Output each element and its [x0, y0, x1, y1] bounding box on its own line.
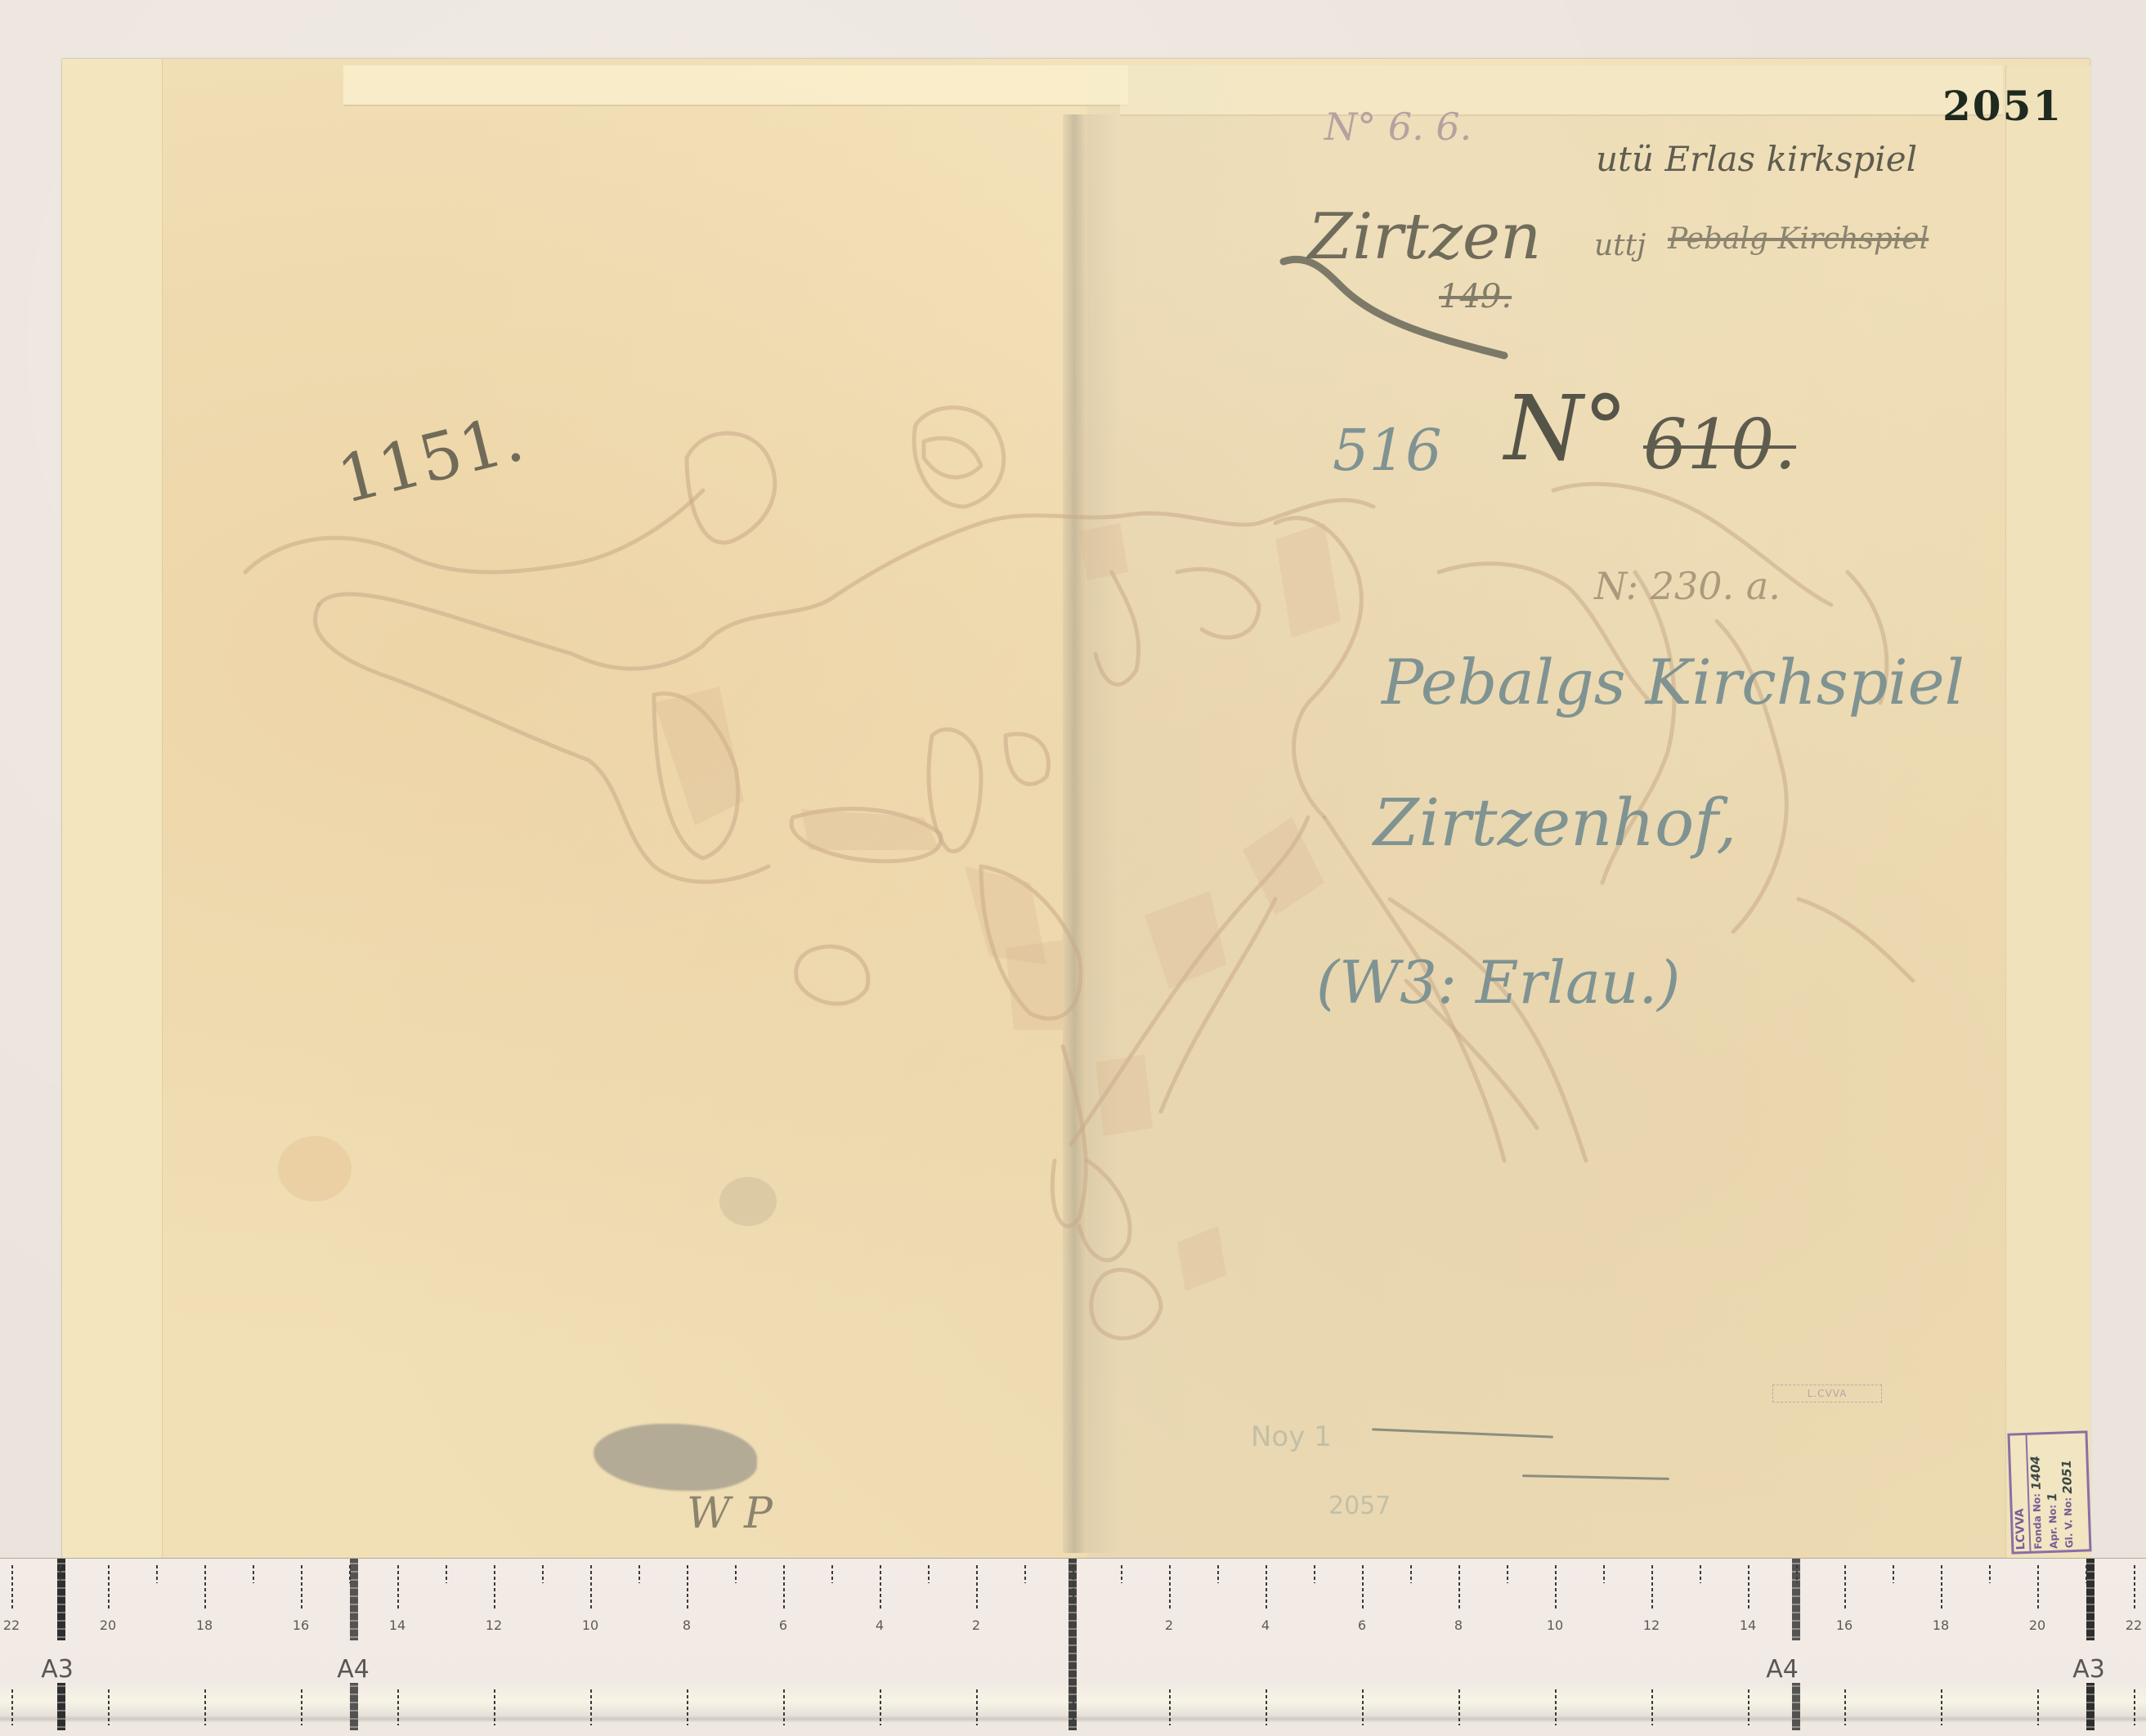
annotation-line-erlas-parish: utü Erlas kirkspiel	[1596, 139, 1917, 179]
ruler-label: 4	[876, 1617, 884, 1633]
ruler-label: 14	[389, 1617, 405, 1633]
ruler-label: 4	[1261, 1617, 1270, 1633]
ruler-tick	[1507, 1565, 1508, 1583]
ruler-tick	[1603, 1565, 1605, 1583]
ruler-label: 8	[1454, 1617, 1463, 1633]
ruler-tick-bottom	[2134, 1689, 2135, 1725]
ruler-tick	[1700, 1565, 1701, 1583]
ruler-label: 6	[779, 1617, 787, 1633]
ruler-tick-bottom	[1941, 1689, 1942, 1725]
ruler-tick	[1941, 1565, 1942, 1609]
ruler-label: 16	[293, 1617, 309, 1633]
ruler-label: 2	[1165, 1617, 1173, 1633]
ruler-tick	[1024, 1565, 1026, 1583]
ruler-tick-bottom	[590, 1689, 592, 1725]
ruler-label: 22	[2126, 1617, 2142, 1633]
ruler-label: 20	[100, 1617, 116, 1633]
ruler-tick	[1989, 1565, 1991, 1583]
size-label-a3-right: A3	[2072, 1655, 2105, 1684]
ruler-label: 10	[582, 1617, 598, 1633]
ruler-tick	[687, 1565, 688, 1609]
ruler-tick-bottom	[1844, 1689, 1846, 1725]
ruler-tick-bottom	[1651, 1689, 1653, 1725]
annotation-pebalgs-kirchspiel: Pebalgs Kirchspiel	[1382, 646, 1965, 718]
ruler-label: 18	[1933, 1617, 1949, 1633]
ruler-tick-bottom	[1748, 1689, 1750, 1725]
stamp-inventory-value: 1	[2045, 1492, 2059, 1501]
ruler-tick	[253, 1565, 254, 1583]
stamp-fonds-value: 1404	[2027, 1456, 2043, 1490]
annotation-erlau-note: (W3: Erlau.)	[1316, 948, 1680, 1017]
annotation-uttj: uttj	[1594, 229, 1646, 262]
ruler-tick	[1073, 1565, 1074, 1609]
ruler-label: 14	[1740, 1617, 1756, 1633]
ruler-tick	[1217, 1565, 1219, 1583]
annotation-n-230: N: 230. a.	[1594, 564, 1781, 608]
ruler-label: 12	[1643, 1617, 1660, 1633]
ruler-tick-bottom	[1362, 1689, 1364, 1725]
ruler-tick	[1796, 1565, 1798, 1583]
stamp-item: Gl. V. No: 2051	[2059, 1434, 2078, 1550]
ruler-tick-bottom	[397, 1689, 399, 1725]
ruler-tick	[2037, 1565, 2039, 1609]
ruler-tick	[204, 1565, 206, 1609]
ruler-tick-bottom	[1073, 1689, 1074, 1725]
ruler-tick	[783, 1565, 785, 1609]
size-label-a4-left: A4	[337, 1655, 370, 1684]
ruler-tick	[880, 1565, 881, 1609]
ruler-tick	[1844, 1565, 1846, 1609]
ruler-tick	[60, 1565, 61, 1583]
ruler-tick	[397, 1565, 399, 1609]
ruler-tick-bottom	[204, 1689, 206, 1725]
ruler-tick	[831, 1565, 833, 1583]
ruler-tick-bottom	[1169, 1689, 1171, 1725]
ruler-tick	[349, 1565, 351, 1583]
ruler-tick	[928, 1565, 930, 1583]
ruler-tick	[1748, 1565, 1750, 1609]
ruler-label: 8	[683, 1617, 691, 1633]
ruler-tick-bottom	[1266, 1689, 1267, 1725]
ruler-label: 2	[972, 1617, 980, 1633]
bottom-scribble: W P	[687, 1489, 773, 1538]
ruler-tick	[638, 1565, 640, 1583]
ruler-tick	[108, 1565, 110, 1609]
ruler-tick	[542, 1565, 544, 1583]
ruler-tick	[2134, 1565, 2135, 1609]
archive-stamp: LCVVA Fonda No: 1404 Apr. No: 1 Gl. V. N…	[2007, 1430, 2091, 1554]
ruler-tick	[1266, 1565, 1267, 1609]
ruler-tick	[1314, 1565, 1315, 1583]
ruler-tick-bottom	[2037, 1689, 2039, 1725]
ruler-tick-bottom	[687, 1689, 688, 1725]
ruler-tick	[976, 1565, 978, 1609]
ruler-tick	[156, 1565, 158, 1583]
water-stain	[719, 1177, 777, 1226]
size-label-a3-left: A3	[41, 1655, 74, 1684]
ruler-tick-bottom	[1555, 1689, 1557, 1725]
ruler-tick-bottom	[976, 1689, 978, 1725]
ruler-tick	[494, 1565, 495, 1609]
pink-reference-note: N° 6. 6.	[1324, 105, 1472, 149]
ruler-tick	[1169, 1565, 1171, 1609]
faint-note-noy: Noy 1	[1251, 1421, 1332, 1453]
ruler-tick	[1362, 1565, 1364, 1609]
ruler-label: 12	[486, 1617, 502, 1633]
ruler-tick	[735, 1565, 737, 1583]
annotation-struck-610: 610.	[1643, 405, 1796, 485]
measuring-ruler: A3 A4 A4 A3 2220181614121086422468101214…	[0, 1558, 2146, 1736]
ruler-tick	[1121, 1565, 1122, 1583]
ruler-tick	[301, 1565, 302, 1609]
ruler-tick-bottom	[880, 1689, 881, 1725]
annotation-struck-parish: Pebalg Kirchspiel	[1668, 222, 1929, 256]
ruler-tick	[590, 1565, 592, 1609]
water-stain	[278, 1136, 352, 1201]
annotation-zirtzenhof: Zirtzenhof,	[1373, 785, 1736, 861]
ruler-label: 10	[1547, 1617, 1563, 1633]
map-outline-drawing	[0, 0, 2146, 1736]
ruler-tick-bottom	[108, 1689, 110, 1725]
ruler-tick	[2086, 1565, 2087, 1583]
stamp-item-label: Gl. V. No:	[2062, 1497, 2075, 1549]
stamp-fonds-label: Fonda No:	[2031, 1493, 2044, 1550]
ruler-tick	[1651, 1565, 1653, 1609]
catalog-number: 2051	[1942, 82, 2063, 130]
stamp-item-value: 2051	[2059, 1460, 2075, 1494]
size-label-a4-right: A4	[1766, 1655, 1799, 1684]
stamp-inventory-label: Apr. No:	[2047, 1505, 2060, 1549]
ruler-tick	[11, 1565, 13, 1609]
ruler-tick-bottom	[11, 1689, 13, 1725]
ruler-tick	[1893, 1565, 1894, 1583]
annotation-no-prefix: N°	[1504, 376, 1628, 481]
ruler-label: 18	[196, 1617, 213, 1633]
annotation-516: 516	[1333, 417, 1442, 484]
ruler-tick	[1410, 1565, 1412, 1583]
ruler-label: 16	[1836, 1617, 1853, 1633]
ruler-tick-bottom	[301, 1689, 302, 1725]
ruler-tick-bottom	[494, 1689, 495, 1725]
ruler-tick-bottom	[783, 1689, 785, 1725]
ruler-label: 22	[3, 1617, 20, 1633]
ruler-tick-bottom	[1458, 1689, 1460, 1725]
faint-note-2057: 2057	[1328, 1492, 1391, 1520]
ruler-tick	[1555, 1565, 1557, 1609]
faint-archive-stamp: L.CVVA	[1772, 1385, 1882, 1403]
ruler-tick	[1458, 1565, 1460, 1609]
zirtzen-flourish	[1275, 245, 1521, 360]
ruler-label: 20	[2029, 1617, 2045, 1633]
ruler-label: 6	[1358, 1617, 1366, 1633]
ruler-tick	[446, 1565, 447, 1583]
